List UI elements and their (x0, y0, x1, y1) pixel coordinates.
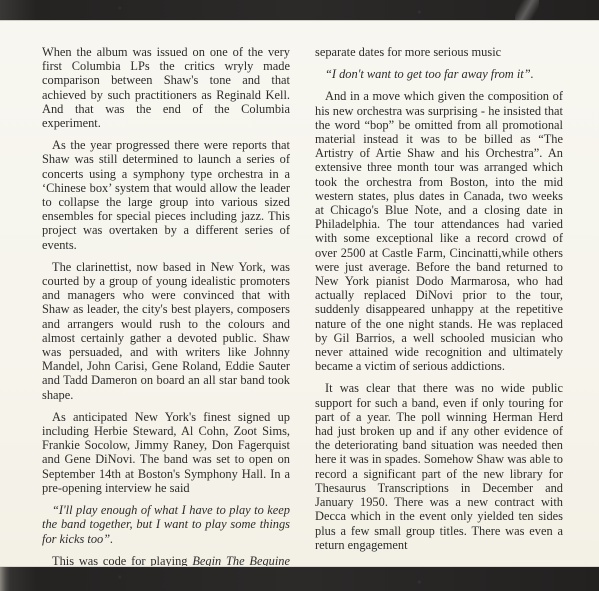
left-column: When the album was issued on one of the … (42, 45, 290, 590)
page-edge-shadow (0, 567, 10, 591)
top-photo-band (0, 0, 599, 21)
paragraph: separate dates for more serious music (315, 45, 563, 59)
quote-paragraph: “I don't want to get too far away from i… (315, 67, 563, 81)
paragraph: As the year progressed there were report… (42, 138, 290, 252)
booklet-page: When the album was issued on one of the … (0, 21, 599, 566)
paragraph: And in a move which given the compositio… (315, 89, 563, 373)
photo-highlight (515, 0, 539, 20)
paragraph: The clarinettist, now based in New York,… (42, 260, 290, 402)
right-column: separate dates for more serious music “I… (315, 45, 563, 560)
paragraph: When the album was issued on one of the … (42, 45, 290, 130)
paragraph: As anticipated New York's finest signed … (42, 410, 290, 495)
quote-paragraph: “I'll play enough of what I have to play… (42, 503, 290, 546)
paragraph: It was clear that there was no wide publ… (315, 381, 563, 551)
bottom-photo-band (0, 566, 599, 591)
